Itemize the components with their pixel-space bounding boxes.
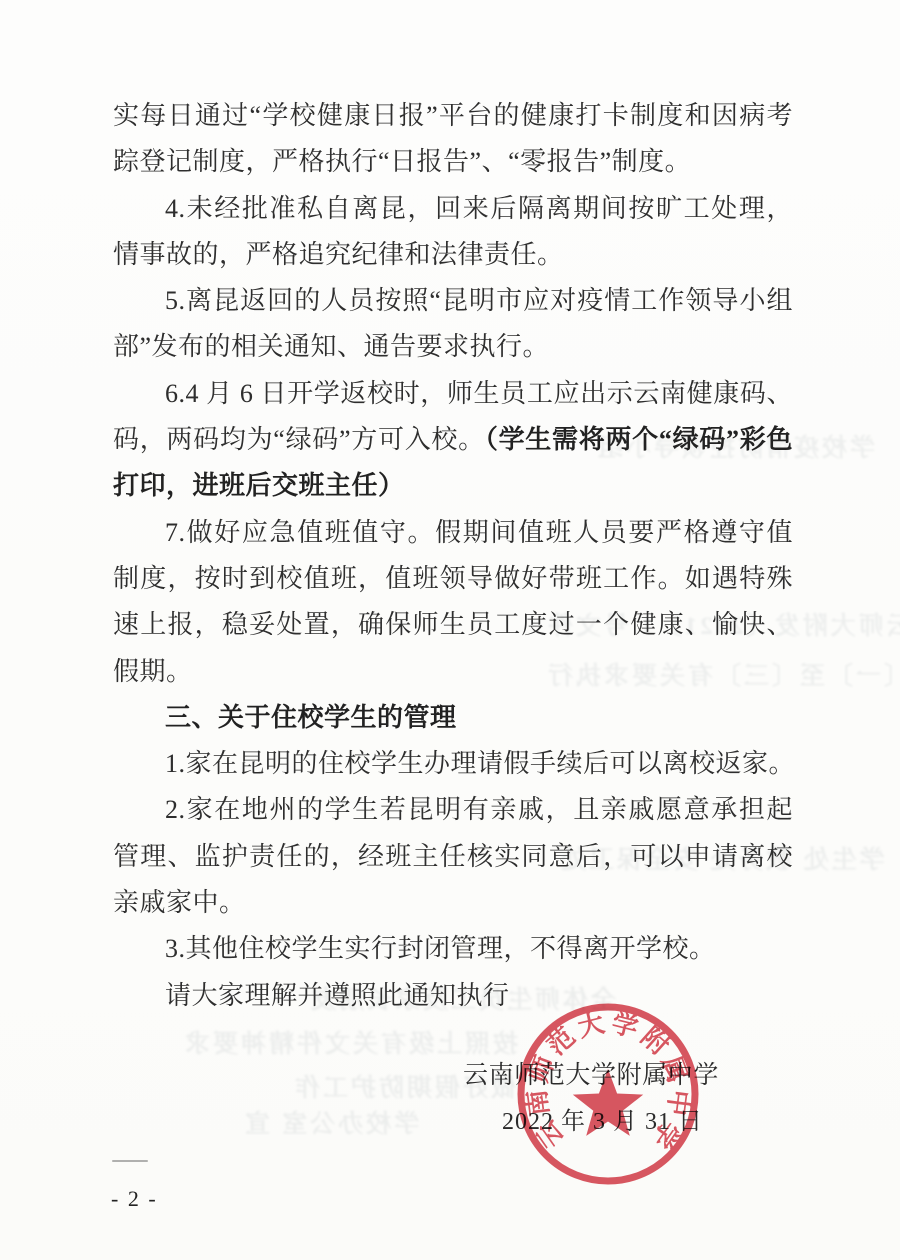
emphasized-text: 打印，进班后交班主任） <box>113 471 405 500</box>
text-line: 情事故的，严格追究纪律和法律责任。 <box>113 232 793 278</box>
text-line: 假期。 <box>113 649 793 695</box>
seal-character: 中 <box>662 1088 695 1118</box>
text-line: 制度，按时到校值班，值班领导做好带班工作。如遇特殊情况迅 <box>113 556 793 602</box>
body-text: 3.其他住校学生实行封闭管理，不得离开学校。 <box>165 934 716 963</box>
seal-character: 附 <box>636 1021 675 1061</box>
text-line: 实每日通过“学校健康日报”平台的健康打卡制度和因病考勤跟 <box>113 93 793 139</box>
emphasized-text: （学生需将两个“绿码”彩色 <box>485 425 793 454</box>
body-text: 假期。 <box>113 657 193 686</box>
document-body: 实每日通过“学校健康日报”平台的健康打卡制度和因病考勤跟踪登记制度，严格执行“日… <box>113 93 793 1019</box>
body-text: 踪登记制度，严格执行“日报告”、“零报告”制度。 <box>113 147 691 176</box>
page-number: - 2 - <box>111 1186 158 1212</box>
text-line: 6.4 月 6 日开学返校时，师生员工应出示云南健康码、行程 <box>113 371 793 417</box>
body-text: 6.4 月 6 日开学返校时，师生员工应出示云南健康码、行程 <box>165 379 793 417</box>
emphasized-text: 三、关于住校学生的管理 <box>165 703 457 732</box>
scan-artifact-line <box>112 1160 148 1162</box>
official-seal-stamp: 云南师范大学附属中学 <box>508 994 708 1194</box>
scanned-document-page: 学校疫情防控领导小组云师大附发〔2021〕1 号文件〔一〕至〔三〕有关要求执行学… <box>0 0 900 1260</box>
body-text: 部”发布的相关通知、通告要求执行。 <box>113 332 549 361</box>
seal-character: 南 <box>521 1088 554 1118</box>
text-line: 打印，进班后交班主任） <box>113 463 793 509</box>
body-text: 管理、监护责任的，经班主任核实同意后，可以申请离校到昆明 <box>113 842 793 880</box>
text-line: 亲戚家中。 <box>113 880 793 926</box>
text-line: 三、关于住校学生的管理 <box>113 695 793 741</box>
text-line: 部”发布的相关通知、通告要求执行。 <box>113 324 793 370</box>
seal-character: 范 <box>541 1021 580 1061</box>
body-text: 4.未经批准私自离昆，回来后隔离期间按旷工处理，造成疫 <box>165 194 793 232</box>
body-text: 制度，按时到校值班，值班领导做好带班工作。如遇特殊情况迅 <box>113 564 793 602</box>
text-line: 1.家在昆明的住校学生办理请假手续后可以离校返家。 <box>113 741 793 787</box>
text-line: 5.离昆返回的人员按照“昆明市应对疫情工作领导小组指挥 <box>113 278 793 324</box>
body-text: 请大家理解并遵照此通知执行 <box>165 981 510 1010</box>
body-text: 速上报，稳妥处置，确保师生员工度过一个健康、愉快、安定的 <box>113 610 793 648</box>
text-line: 踪登记制度，严格执行“日报告”、“零报告”制度。 <box>113 139 793 185</box>
text-line: 码，两码均为“绿码”方可入校。（学生需将两个“绿码”彩色 <box>113 417 793 463</box>
bleedthrough-text: 学校办公室 宣 <box>242 1104 419 1140</box>
text-line: 2.家在地州的学生若昆明有亲戚，且亲戚愿意承担起学生的 <box>113 787 793 833</box>
text-line: 3.其他住校学生实行封闭管理，不得离开学校。 <box>113 926 793 972</box>
body-text: 情事故的，严格追究纪律和法律责任。 <box>113 240 564 269</box>
body-text: 亲戚家中。 <box>113 888 246 917</box>
text-line: 4.未经批准私自离昆，回来后隔离期间按旷工处理，造成疫 <box>113 186 793 232</box>
red-star-icon <box>573 1069 643 1136</box>
text-line: 管理、监护责任的，经班主任核实同意后，可以申请离校到昆明 <box>113 834 793 880</box>
text-line: 速上报，稳妥处置，确保师生员工度过一个健康、愉快、安定的 <box>113 602 793 648</box>
seal-character: 大 <box>575 1007 607 1042</box>
body-text: 5.离昆返回的人员按照“昆明市应对疫情工作领导小组指挥 <box>165 286 793 324</box>
body-text: 实每日通过“学校健康日报”平台的健康打卡制度和因病考勤跟 <box>113 101 793 139</box>
body-text: 1.家在昆明的住校学生办理请假手续后可以离校返家。 <box>165 749 795 778</box>
body-text: 7.做好应急值班值守。假期间值班人员要严格遵守值班工作 <box>165 518 793 556</box>
body-text: 码，两码均为“绿码”方可入校。 <box>113 425 485 454</box>
body-text: 2.家在地州的学生若昆明有亲戚，且亲戚愿意承担起学生的 <box>165 795 793 833</box>
seal-character: 学 <box>609 1007 641 1042</box>
text-line: 7.做好应急值班值守。假期间值班人员要严格遵守值班工作 <box>113 510 793 556</box>
